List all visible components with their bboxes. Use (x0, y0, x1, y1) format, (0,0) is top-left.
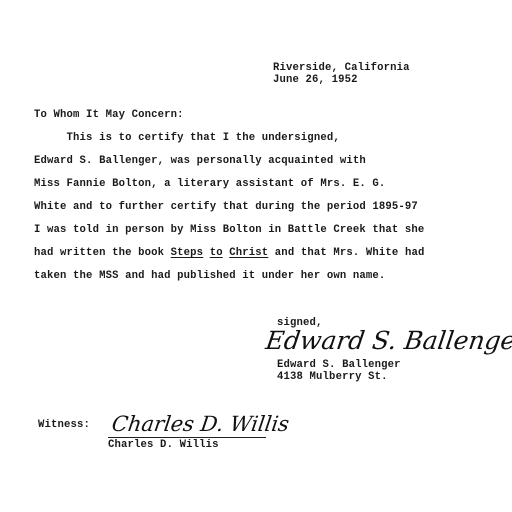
witness-label: Witness: (38, 419, 90, 431)
body-line-6-after: and that Mrs. White had (268, 247, 424, 259)
body-line-2: Edward S. Ballenger, was personally acqu… (34, 155, 366, 167)
body-line-6: had written the book Steps to Christ and… (34, 247, 424, 259)
book-title-word-3: Christ (229, 247, 268, 259)
letter-date: June 26, 1952 (273, 74, 358, 86)
body-line-5: I was told in person by Miss Bolton in B… (34, 224, 424, 236)
witness-signature-line (108, 437, 266, 438)
book-title-word-1: Steps (171, 247, 204, 259)
signer-name: Edward S. Ballenger (277, 359, 401, 371)
salutation: To Whom It May Concern: (34, 109, 184, 121)
book-title-word-2: to (210, 247, 223, 259)
witness-name: Charles D. Willis (108, 439, 219, 451)
body-line-3: Miss Fannie Bolton, a literary assistant… (34, 178, 385, 190)
signer-address: 4138 Mulberry St. (277, 371, 388, 383)
body-line-6-before: had written the book (34, 247, 171, 259)
body-line-7: taken the MSS and had published it under… (34, 270, 385, 282)
witness-signature-handwritten: Charles D. Willis (110, 412, 290, 436)
body-line-1: This is to certify that I the undersigne… (34, 132, 340, 144)
body-line-4: White and to further certify that during… (34, 201, 418, 213)
signature-handwritten: Edward S. Ballenger (264, 326, 512, 355)
letter-place: Riverside, California (273, 62, 410, 74)
